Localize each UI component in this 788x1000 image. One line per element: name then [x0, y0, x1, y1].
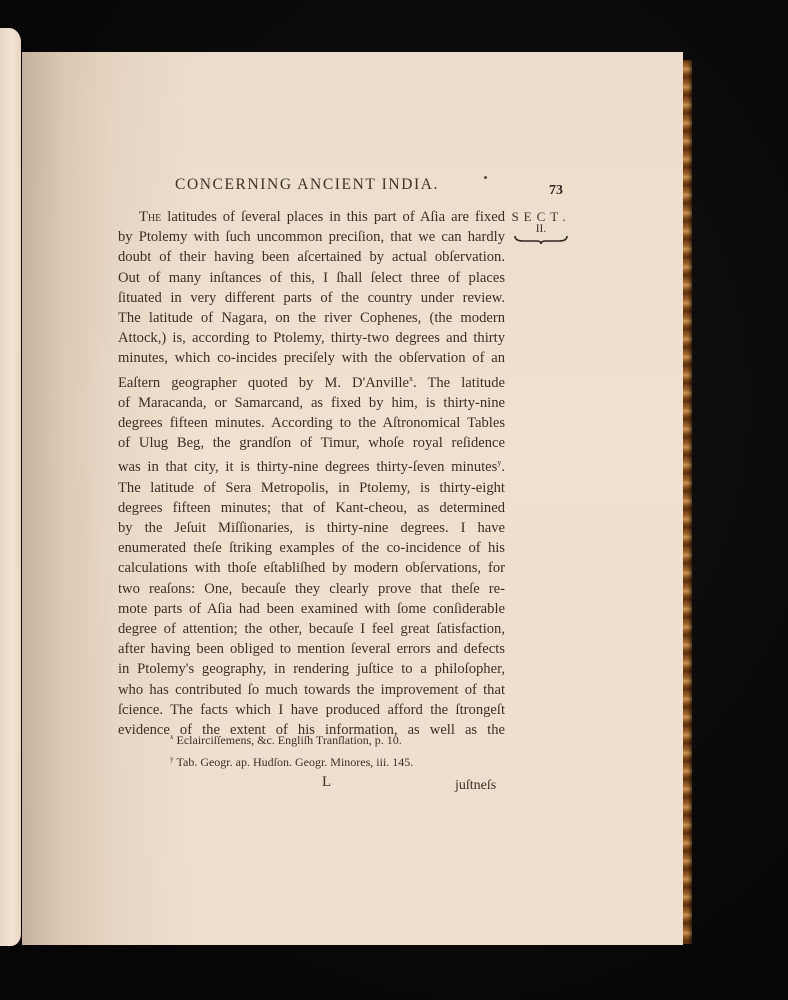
text-line: ſcience. The facts which I have produced… [118, 700, 505, 720]
text-line: The latitude of Nagara, on the river Cop… [118, 308, 505, 328]
text-line: mote parts of Aſia had been examined wit… [118, 599, 505, 619]
footnote-text: Tab. Geogr. ap. Hudſon. Geogr. Minores, … [177, 755, 414, 769]
text-line: in Ptolemy's geography, in rendering juſ… [118, 659, 505, 679]
curly-brace-icon [513, 235, 569, 245]
book-page: CONCERNING ANCIENT INDIA. 73 SECT. II. T… [22, 52, 683, 945]
facing-page-edge [0, 28, 21, 946]
text-line: by Ptolemy with ſuch uncommon preciſion,… [118, 227, 505, 247]
text-line: Attock,) is, according to Ptolemy, thirt… [118, 328, 505, 348]
text-line: The latitude of Sera Metropolis, in Ptol… [118, 478, 505, 498]
footnote-marker: y [170, 755, 174, 763]
footnote-marker: x [170, 733, 174, 741]
running-head: CONCERNING ANCIENT INDIA. [175, 176, 439, 194]
text-line: degrees fifteen minutes; that of Kant-ch… [118, 498, 505, 518]
drop-word: The [139, 209, 161, 225]
text-line: Eaſtern geographer quoted by M. D'Anvill… [118, 369, 505, 393]
text-line: Out of many inſtances of this, I ſhall ſ… [118, 268, 505, 288]
catchword: juſtneſs [455, 778, 496, 794]
text-line: doubt of their having been aſcertained b… [118, 247, 505, 267]
text-line: minutes, which co-incides preciſely with… [118, 348, 505, 368]
text-line: calculations with thoſe eſtabliſhed by m… [118, 558, 505, 578]
page-number: 73 [549, 183, 563, 199]
footnote: xEclairciſſemens, &c. Engliſh Tranſlatio… [170, 728, 490, 750]
signature-mark: L [322, 774, 331, 791]
text-line: was in that city, it is thirty-nine degr… [118, 453, 505, 477]
text-line: enumerated theſe ſtriking examples of th… [118, 538, 505, 558]
footnote: yTab. Geogr. ap. Hudſon. Geogr. Minores,… [170, 750, 490, 772]
footnotes: xEclairciſſemens, &c. Engliſh Tranſlatio… [170, 728, 490, 772]
text-line: degree of attention; the other, becauſe … [118, 619, 505, 639]
gilt-page-edge [682, 60, 692, 944]
text-line: The latitudes of ſeveral places in this … [118, 207, 505, 227]
text-line: degrees fifteen minutes. According to th… [118, 413, 505, 433]
text-line: after having been obliged to mention ſev… [118, 639, 505, 659]
paper-speck [484, 176, 487, 179]
footnote-reference: y [497, 458, 501, 467]
text-line: ſituated in very different parts of the … [118, 288, 505, 308]
body-paragraph: The latitudes of ſeveral places in this … [118, 207, 505, 740]
text-line: who has contributed ſo much towards the … [118, 680, 505, 700]
text-line: by the Jeſuit Miſſionaries, is thirty-ni… [118, 518, 505, 538]
text-line: of Maracanda, or Samarcand, as fixed by … [118, 393, 505, 413]
margin-note: SECT. II. [510, 209, 572, 245]
footnote-reference: x [409, 374, 413, 383]
text-line: of Ulug Beg, the grandſon of Timur, whoſ… [118, 433, 505, 453]
text-line: two reaſons: One, becauſe they clearly p… [118, 579, 505, 599]
footnote-text: Eclairciſſemens, &c. Engliſh Tranſlation… [177, 733, 402, 747]
